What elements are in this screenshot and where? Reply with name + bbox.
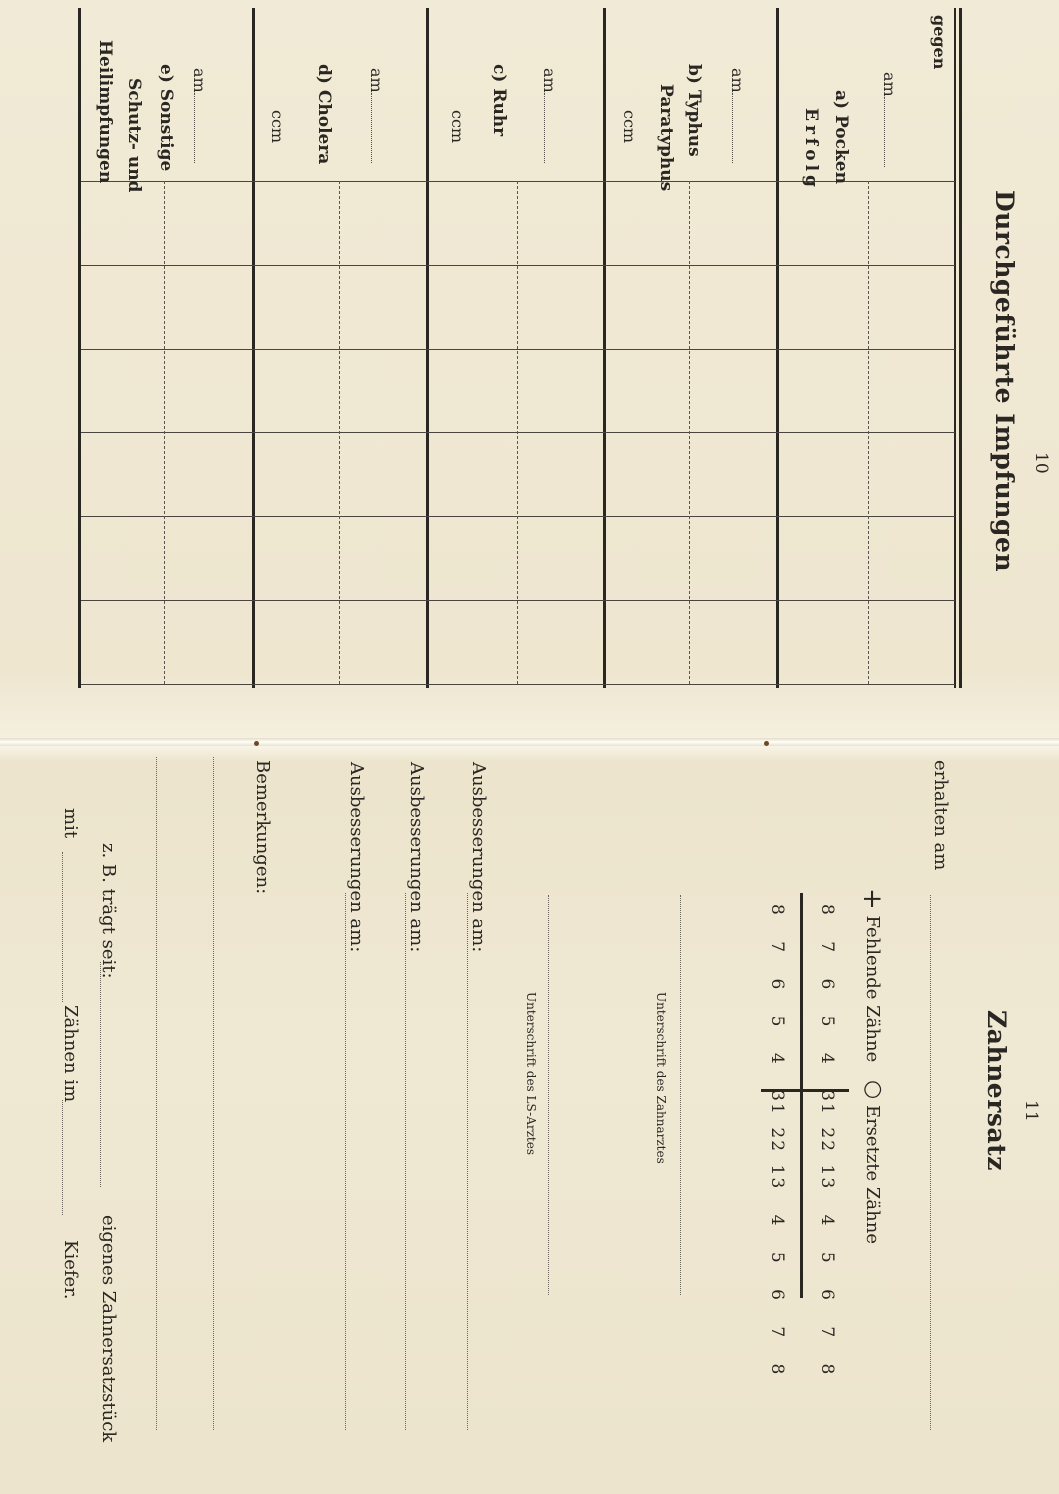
cell-midline xyxy=(164,181,165,684)
cell-midline xyxy=(868,181,869,684)
teeth-upper-right: 1 2 3 4 5 6 7 8 xyxy=(817,1103,837,1385)
repair-label: Ausbesserungen am: xyxy=(468,762,489,952)
repair-label: Ausbesserungen am: xyxy=(406,762,427,952)
teeth-jaw-divider xyxy=(800,893,803,1298)
legend: + Fehlende Zähne ○ Ersetzte Zähne xyxy=(857,888,887,1244)
repair-date-field[interactable] xyxy=(345,893,346,1430)
document-spread: 10 Durchgeführte Impfungen gegen am a) P… xyxy=(0,0,1059,1494)
signature-doctor-caption: Unterschrift des LS-Arztes xyxy=(524,992,538,1155)
row-d-label: d) Cholera xyxy=(315,64,332,164)
column-line xyxy=(81,432,955,433)
column-line xyxy=(81,181,955,182)
row-divider xyxy=(252,8,255,688)
date-field[interactable] xyxy=(732,93,733,163)
date-field[interactable] xyxy=(371,93,372,163)
signature-doctor-line[interactable] xyxy=(548,895,549,1295)
date-field[interactable] xyxy=(884,97,885,167)
received-date-field[interactable] xyxy=(930,895,931,1430)
row-d-date: am xyxy=(367,68,386,163)
repair-date-field[interactable] xyxy=(405,893,406,1430)
row-a-label: a) Pocken xyxy=(832,90,849,184)
column-line xyxy=(81,349,955,350)
teeth-count-field[interactable] xyxy=(62,852,63,1002)
row-b-date: am xyxy=(728,68,747,163)
row-e-label: e) Sonstige xyxy=(157,64,174,171)
teeth-in-label: Zähnen im xyxy=(60,1005,81,1102)
row-e-date: am xyxy=(190,68,209,163)
teeth-lower-right: 1 2 3 4 5 6 7 8 xyxy=(767,1103,787,1385)
page-title: Zahnersatz xyxy=(982,1010,1011,1171)
cell-midline xyxy=(339,181,340,684)
own-prosthesis-label: eigenes Zahnersatzstück xyxy=(98,1215,119,1442)
date-field[interactable] xyxy=(194,93,195,163)
column-line xyxy=(81,684,955,685)
received-label: erhalten am xyxy=(930,760,951,870)
double-rule xyxy=(959,8,962,688)
teeth-midline-divider xyxy=(761,1089,849,1092)
remarks-label: Bemerkungen: xyxy=(252,760,273,894)
row-divider xyxy=(78,8,81,688)
page-number: 10 xyxy=(1031,452,1051,474)
row-c-date: am xyxy=(540,68,559,163)
row-d-unit: ccm xyxy=(268,110,287,143)
row-divider xyxy=(426,8,429,688)
double-rule xyxy=(954,8,956,688)
row-e-sublabel: Schutz- und xyxy=(125,78,142,192)
cell-midline xyxy=(517,181,518,684)
row-c-unit: ccm xyxy=(448,110,467,143)
page-number: 11 xyxy=(1021,1100,1041,1122)
staple-mark xyxy=(764,741,769,746)
row-c-label: c) Ruhr xyxy=(490,64,507,136)
row-b-label: b) Typhus xyxy=(685,64,702,157)
page-title: Durchgeführte Impfungen xyxy=(990,190,1019,572)
column-line xyxy=(81,516,955,517)
row-b-unit: ccm xyxy=(620,110,639,143)
remarks-line[interactable] xyxy=(213,757,214,1430)
wears-since-label: z. B. trägt seit: xyxy=(98,843,119,979)
center-fold xyxy=(0,738,1059,746)
jaw-label: Kiefer. xyxy=(60,1240,81,1300)
row-e-sublabel2: Heilimpfungen xyxy=(96,40,113,183)
row-divider xyxy=(776,8,779,688)
with-label: mit xyxy=(60,808,81,838)
circle-icon: ○ xyxy=(861,1080,886,1099)
signature-dentist-line[interactable] xyxy=(680,895,681,1295)
row-a-sublabel: Erfolg xyxy=(802,108,819,191)
row-a-date: am xyxy=(880,72,899,167)
plus-icon: + xyxy=(857,888,887,910)
signature-dentist-caption: Unterschrift des Zahnarztes xyxy=(654,992,668,1164)
jaw-field[interactable] xyxy=(62,1100,63,1215)
repair-label: Ausbesserungen am: xyxy=(346,762,367,952)
date-field[interactable] xyxy=(544,93,545,163)
remarks-line[interactable] xyxy=(156,757,157,1430)
repair-date-field[interactable] xyxy=(467,893,468,1430)
column-line xyxy=(81,265,955,266)
wears-since-field[interactable] xyxy=(100,962,101,1187)
row-divider xyxy=(603,8,606,688)
column-line xyxy=(81,600,955,601)
cell-midline xyxy=(689,181,690,684)
staple-mark xyxy=(254,741,259,746)
header-gegen: gegen xyxy=(930,15,949,69)
row-b-sublabel: Paratyphus xyxy=(657,84,674,191)
